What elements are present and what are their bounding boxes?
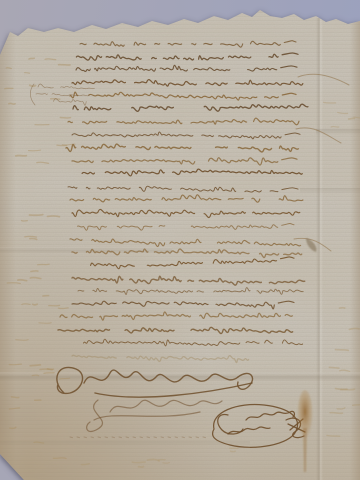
manuscript-page — [0, 0, 360, 480]
ink-layer — [0, 0, 360, 480]
photo-backdrop — [0, 0, 360, 480]
manuscript-page-wrap — [0, 0, 360, 480]
